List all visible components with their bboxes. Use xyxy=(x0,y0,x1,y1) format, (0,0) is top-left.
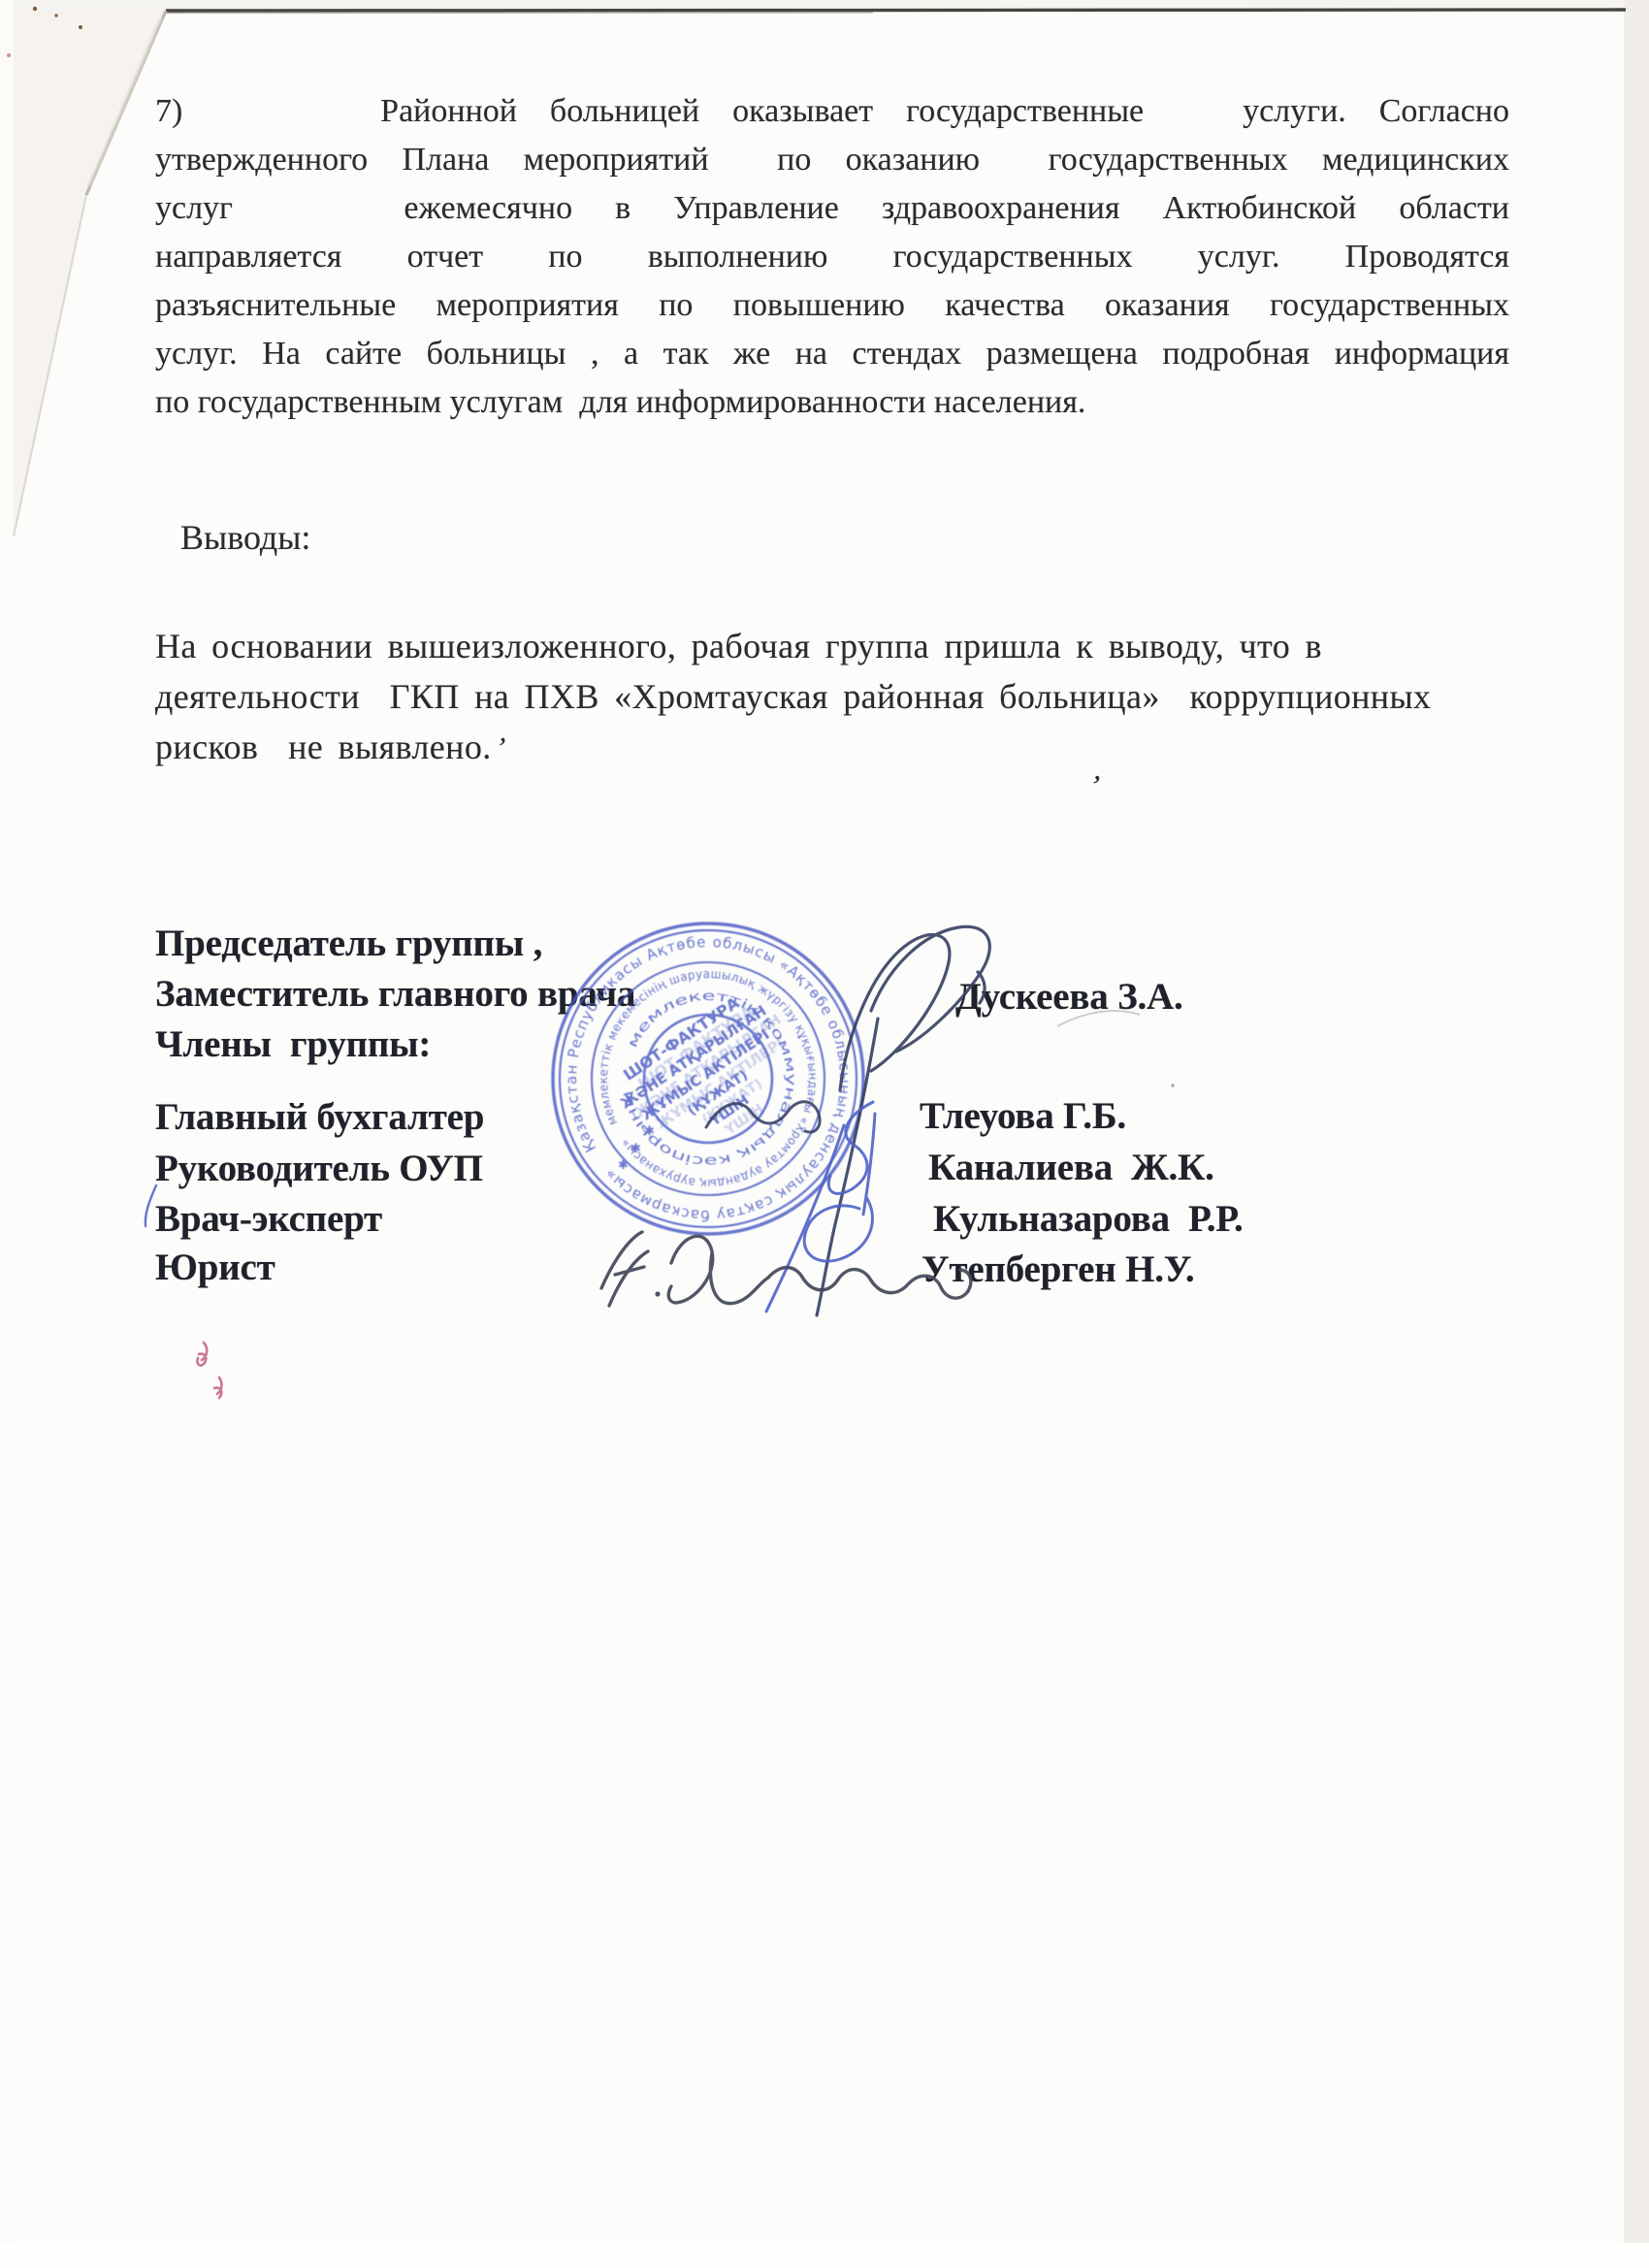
signature-label-chief-accountant: Главный бухгалтер xyxy=(155,1095,484,1140)
scanned-document-page: 7) Районной больницей оказывает государс… xyxy=(0,0,1649,2268)
signature-label-doctor-expert: Врач-эксперт xyxy=(155,1197,382,1242)
conclusion-line: деятельности ГКП на ПХВ «Хромтауская рай… xyxy=(155,674,1431,719)
signature-label-deputy-head: Заместитель главного врача xyxy=(155,972,635,1017)
signature-name-kanalieva: Каналиева Ж.К. xyxy=(928,1146,1214,1190)
signature-name-utepbergen: Утепберген Н.У. xyxy=(921,1247,1194,1292)
paragraph-line: разъяснительные мероприятия по повышению… xyxy=(155,284,1509,327)
conclusion-line: На основании вышеизложенного, рабочая гр… xyxy=(155,624,1322,668)
scanner-edge-left xyxy=(0,0,14,2268)
paragraph-line: услуг. На сайте больницы , а так же на с… xyxy=(155,333,1509,375)
signature-name-duskeeva: Дускеева З.А. xyxy=(955,975,1183,1020)
paragraph-line: 7) Районной больницей оказывает государс… xyxy=(155,90,1509,133)
paragraph-line: по государственным услугам для информиро… xyxy=(155,381,1509,424)
conclusion-line: рисков не выявлено. xyxy=(155,725,492,769)
signature-name-tleuova: Тлеуова Г.Б. xyxy=(920,1094,1126,1139)
signature-name-kulnazarova: Кульназарова Р.Р. xyxy=(933,1197,1244,1242)
scanner-edge-right xyxy=(1624,0,1649,2268)
signature-label-lawyer: Юрист xyxy=(155,1246,275,1290)
paragraph-line: утвержденного Плана мероприятий по оказа… xyxy=(155,139,1509,181)
scanner-edge-top xyxy=(0,0,1649,11)
conclusions-heading: Выводы: xyxy=(180,517,310,558)
signature-label-oup-head: Руководитель ОУП xyxy=(155,1147,483,1191)
paragraph-line: услуг ежемесячно в Управление здравоохра… xyxy=(155,187,1509,230)
signature-label-chairman: Председатель группы , xyxy=(155,922,542,966)
signature-label-members: Члены группы: xyxy=(155,1022,431,1067)
scanner-edge-bottom xyxy=(0,2243,1649,2268)
paragraph-line: направляется отчет по выполнению государ… xyxy=(155,236,1509,278)
